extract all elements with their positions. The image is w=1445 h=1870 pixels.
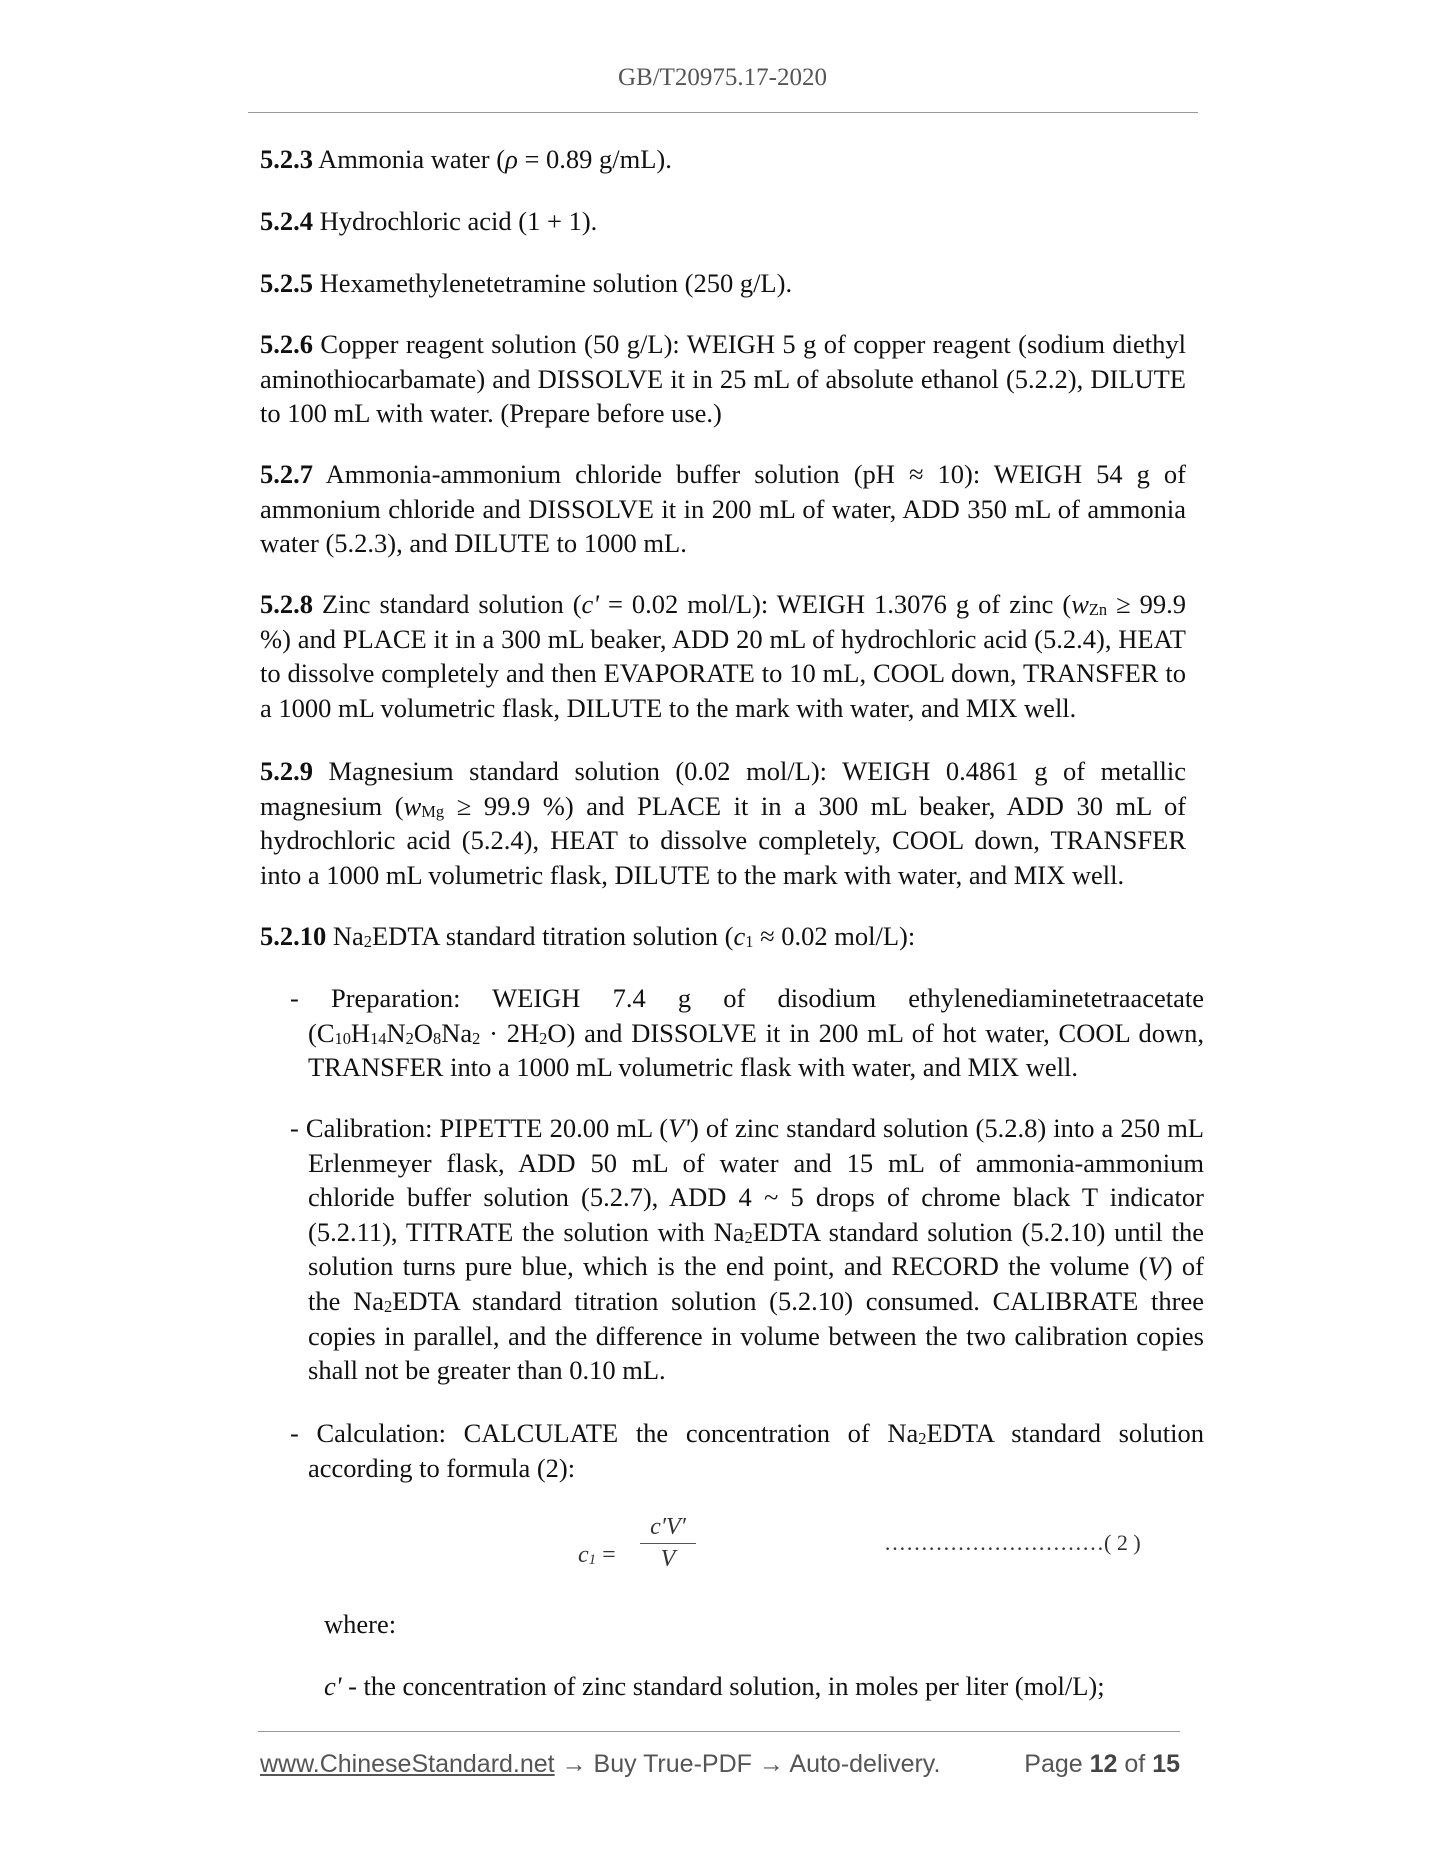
section-number: 5.2.3 <box>260 144 313 174</box>
section-5-2-4: 5.2.4 Hydrochloric acid (1 + 1). <box>260 204 1186 239</box>
section-number: 5.2.5 <box>260 268 313 298</box>
formula-numerator: c′V′ <box>640 1514 696 1544</box>
calculation-item: - Calculation: CALCULATE the concentrati… <box>290 1416 1204 1485</box>
where-label: where: <box>324 1607 1186 1642</box>
footer-promo: www.ChineseStandard.net → Buy True-PDF →… <box>260 1750 940 1779</box>
section-5-2-3: 5.2.3 Ammonia water (ρ = 0.89 g/mL). <box>260 142 1186 177</box>
total-pages: 15 <box>1152 1750 1180 1778</box>
section-number: 5.2.9 <box>260 756 313 786</box>
current-page: 12 <box>1090 1750 1118 1778</box>
section-5-2-7: 5.2.7 Ammonia-ammonium chloride buffer s… <box>260 457 1186 561</box>
section-number: 5.2.6 <box>260 329 313 359</box>
section-number: 5.2.7 <box>260 459 313 489</box>
calibration-item: - Calibration: PIPETTE 20.00 mL (V') of … <box>290 1111 1204 1388</box>
section-5-2-6: 5.2.6 Copper reagent solution (50 g/L): … <box>260 327 1186 431</box>
page-indicator: Page 12 of 15 <box>1024 1750 1180 1779</box>
header-divider <box>248 112 1198 113</box>
preparation-item: - Preparation: WEIGH 7.4 g of disodium e… <box>290 981 1204 1085</box>
section-5-2-9: 5.2.9 Magnesium standard solution (0.02 … <box>260 754 1186 892</box>
footer-divider <box>258 1731 1180 1732</box>
section-number: 5.2.8 <box>260 589 313 619</box>
formula-fraction: c′V′ V <box>640 1514 696 1573</box>
section-5-2-5: 5.2.5 Hexamethylenetetramine solution (2… <box>260 266 1186 301</box>
formula-denominator: V <box>640 1544 696 1573</box>
equation-number: …………………………( 2 ) <box>884 1530 1141 1556</box>
definition-c-prime: c' - the concentration of zinc standard … <box>324 1669 1186 1704</box>
section-number: 5.2.10 <box>260 921 326 951</box>
document-id-header: GB/T20975.17-2020 <box>0 64 1445 92</box>
section-5-2-10: 5.2.10 Na2EDTA standard titration soluti… <box>260 919 1186 954</box>
section-5-2-8: 5.2.8 Zinc standard solution (c' = 0.02 … <box>260 587 1186 725</box>
website-link[interactable]: www.ChineseStandard.net <box>260 1750 555 1778</box>
formula-lhs: c1 = <box>578 1542 616 1569</box>
section-number: 5.2.4 <box>260 206 313 236</box>
